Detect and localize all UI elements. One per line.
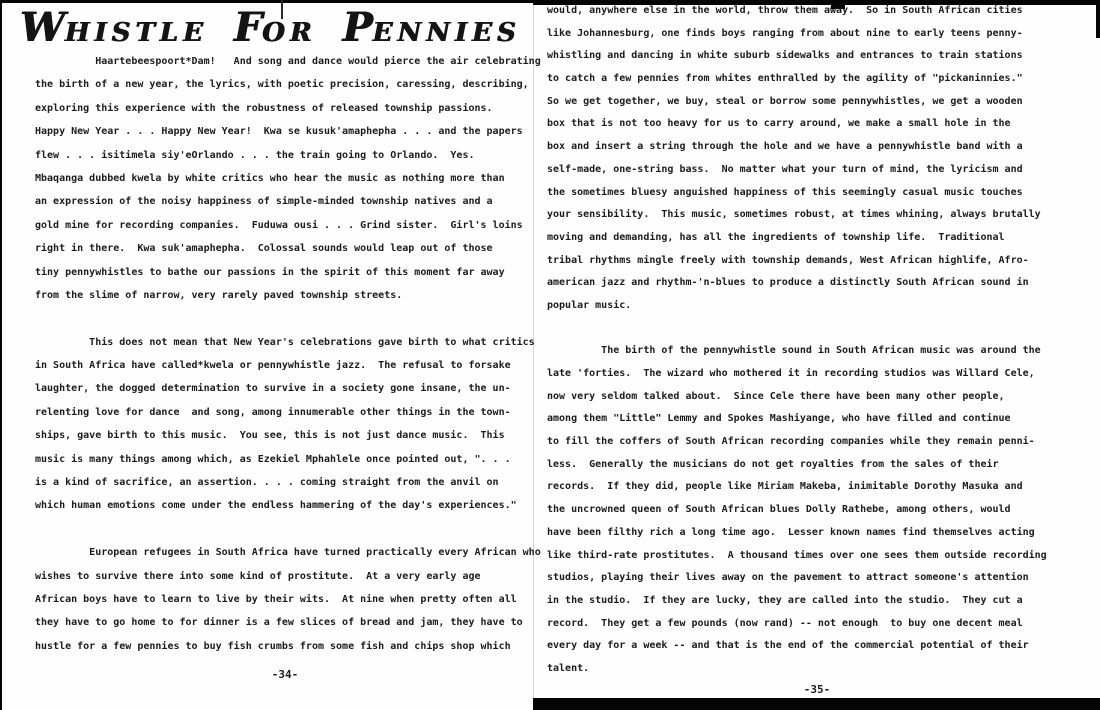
title-word: PENNIES [342,4,520,51]
text-line: hustle for a few pennies to buy fish cru… [35,642,535,665]
text-line: studios, playing their lives away on the… [547,573,1092,596]
text-line: music is many things among which, as Eze… [35,455,535,478]
title-word: WHISTLE [20,4,208,51]
text-line [35,314,535,337]
scan-edge-left [0,0,2,710]
text-line: The birth of the pennywhistle sound in S… [547,346,1092,369]
text-line: among them "Little" Lemmy and Spokes Mas… [547,414,1092,437]
text-line: Mbaqanga dubbed kwela by white critics w… [35,174,535,197]
page-title: WHISTLE FOR PENNIES [40,4,500,51]
text-line: records. If they did, people like Miriam… [547,482,1092,505]
scan-edge-bottom-right [533,698,1100,710]
text-line: which human emotions come under the endl… [35,501,535,524]
title-word: FOR [234,4,317,51]
text-line: This does not mean that New Year's celeb… [35,338,535,361]
text-line: moving and demanding, has all the ingred… [547,233,1092,256]
text-line: the uncrowned queen of South African blu… [547,505,1092,528]
text-line: Haartebeespoort*Dam! And song and dance … [35,57,535,80]
text-line: exploring this experience with the robus… [35,104,535,127]
text-line: tiny pennywhistles to bathe our passions… [35,268,535,291]
text-line [547,324,1092,347]
text-line: So we get together, we buy, steal or bor… [547,97,1092,120]
text-line: like third-rate prostitutes. A thousand … [547,551,1092,574]
text-line: they have to go home to for dinner is a … [35,618,535,641]
text-line: self-made, one-string bass. No matter wh… [547,165,1092,188]
text-line: African boys have to learn to live by th… [35,595,535,618]
text-line: laughter, the dogged determination to su… [35,384,535,407]
text-line: Happy New Year . . . Happy New Year! Kwa… [35,127,535,150]
text-line: flew . . . isitimela siy'eOrlando . . . … [35,151,535,174]
text-line: gold mine for recording companies. Fuduw… [35,221,535,244]
text-line: record. They get a few pounds (now rand)… [547,619,1092,642]
text-line: the birth of a new year, the lyrics, wit… [35,80,535,103]
page-number-right: -35- [547,683,1087,696]
scan-edge-right [1096,0,1100,38]
text-line: European refugees in South Africa have t… [35,548,535,571]
text-line: like Johannesburg, one finds boys rangin… [547,29,1092,52]
text-line: an expression of the noisy happiness of … [35,197,535,220]
text-line: have been filthy rich a long time ago. L… [547,528,1092,551]
text-line: whistling and dancing in white suburb si… [547,51,1092,74]
left-page-body: Haartebeespoort*Dam! And song and dance … [35,57,535,665]
text-line: from the slime of narrow, very rarely pa… [35,291,535,314]
text-line: now very seldom talked about. Since Cele… [547,392,1092,415]
text-line: right in there. Kwa suk'amaphepha. Colos… [35,244,535,267]
text-line: your sensibility. This music, sometimes … [547,210,1092,233]
text-line: would, anywhere else in the world, throw… [547,6,1092,29]
text-line [35,525,535,548]
scanned-document-spread: WHISTLE FOR PENNIES Haartebeespoort*Dam!… [0,0,1100,710]
text-line: in South Africa have called*kwela or pen… [35,361,535,384]
page-number-left: -34- [35,668,535,681]
text-line: every day for a week -- and that is the … [547,641,1092,664]
text-line: to catch a few pennies from whites enthr… [547,74,1092,97]
text-line: is a kind of sacrifice, an assertion. . … [35,478,535,501]
right-page-body: would, anywhere else in the world, throw… [547,6,1092,687]
text-line: late 'forties. The wizard who mothered i… [547,369,1092,392]
text-line: to fill the coffers of South African rec… [547,437,1092,460]
text-line: tribal rhythms mingle freely with townsh… [547,256,1092,279]
text-line: popular music. [547,301,1092,324]
text-line: box and insert a string through the hole… [547,142,1092,165]
text-line: box that is not too heavy for us to carr… [547,119,1092,142]
text-line: the sometimes bluesy anguished happiness… [547,188,1092,211]
text-line: american jazz and rhythm-'n-blues to pro… [547,278,1092,301]
text-line: ships, gave birth to this music. You see… [35,431,535,454]
text-line: less. Generally the musicians do not get… [547,460,1092,483]
text-line: wishes to survive there into some kind o… [35,572,535,595]
text-line: relenting love for dance and song, among… [35,408,535,431]
text-line: in the studio. If they are lucky, they a… [547,596,1092,619]
